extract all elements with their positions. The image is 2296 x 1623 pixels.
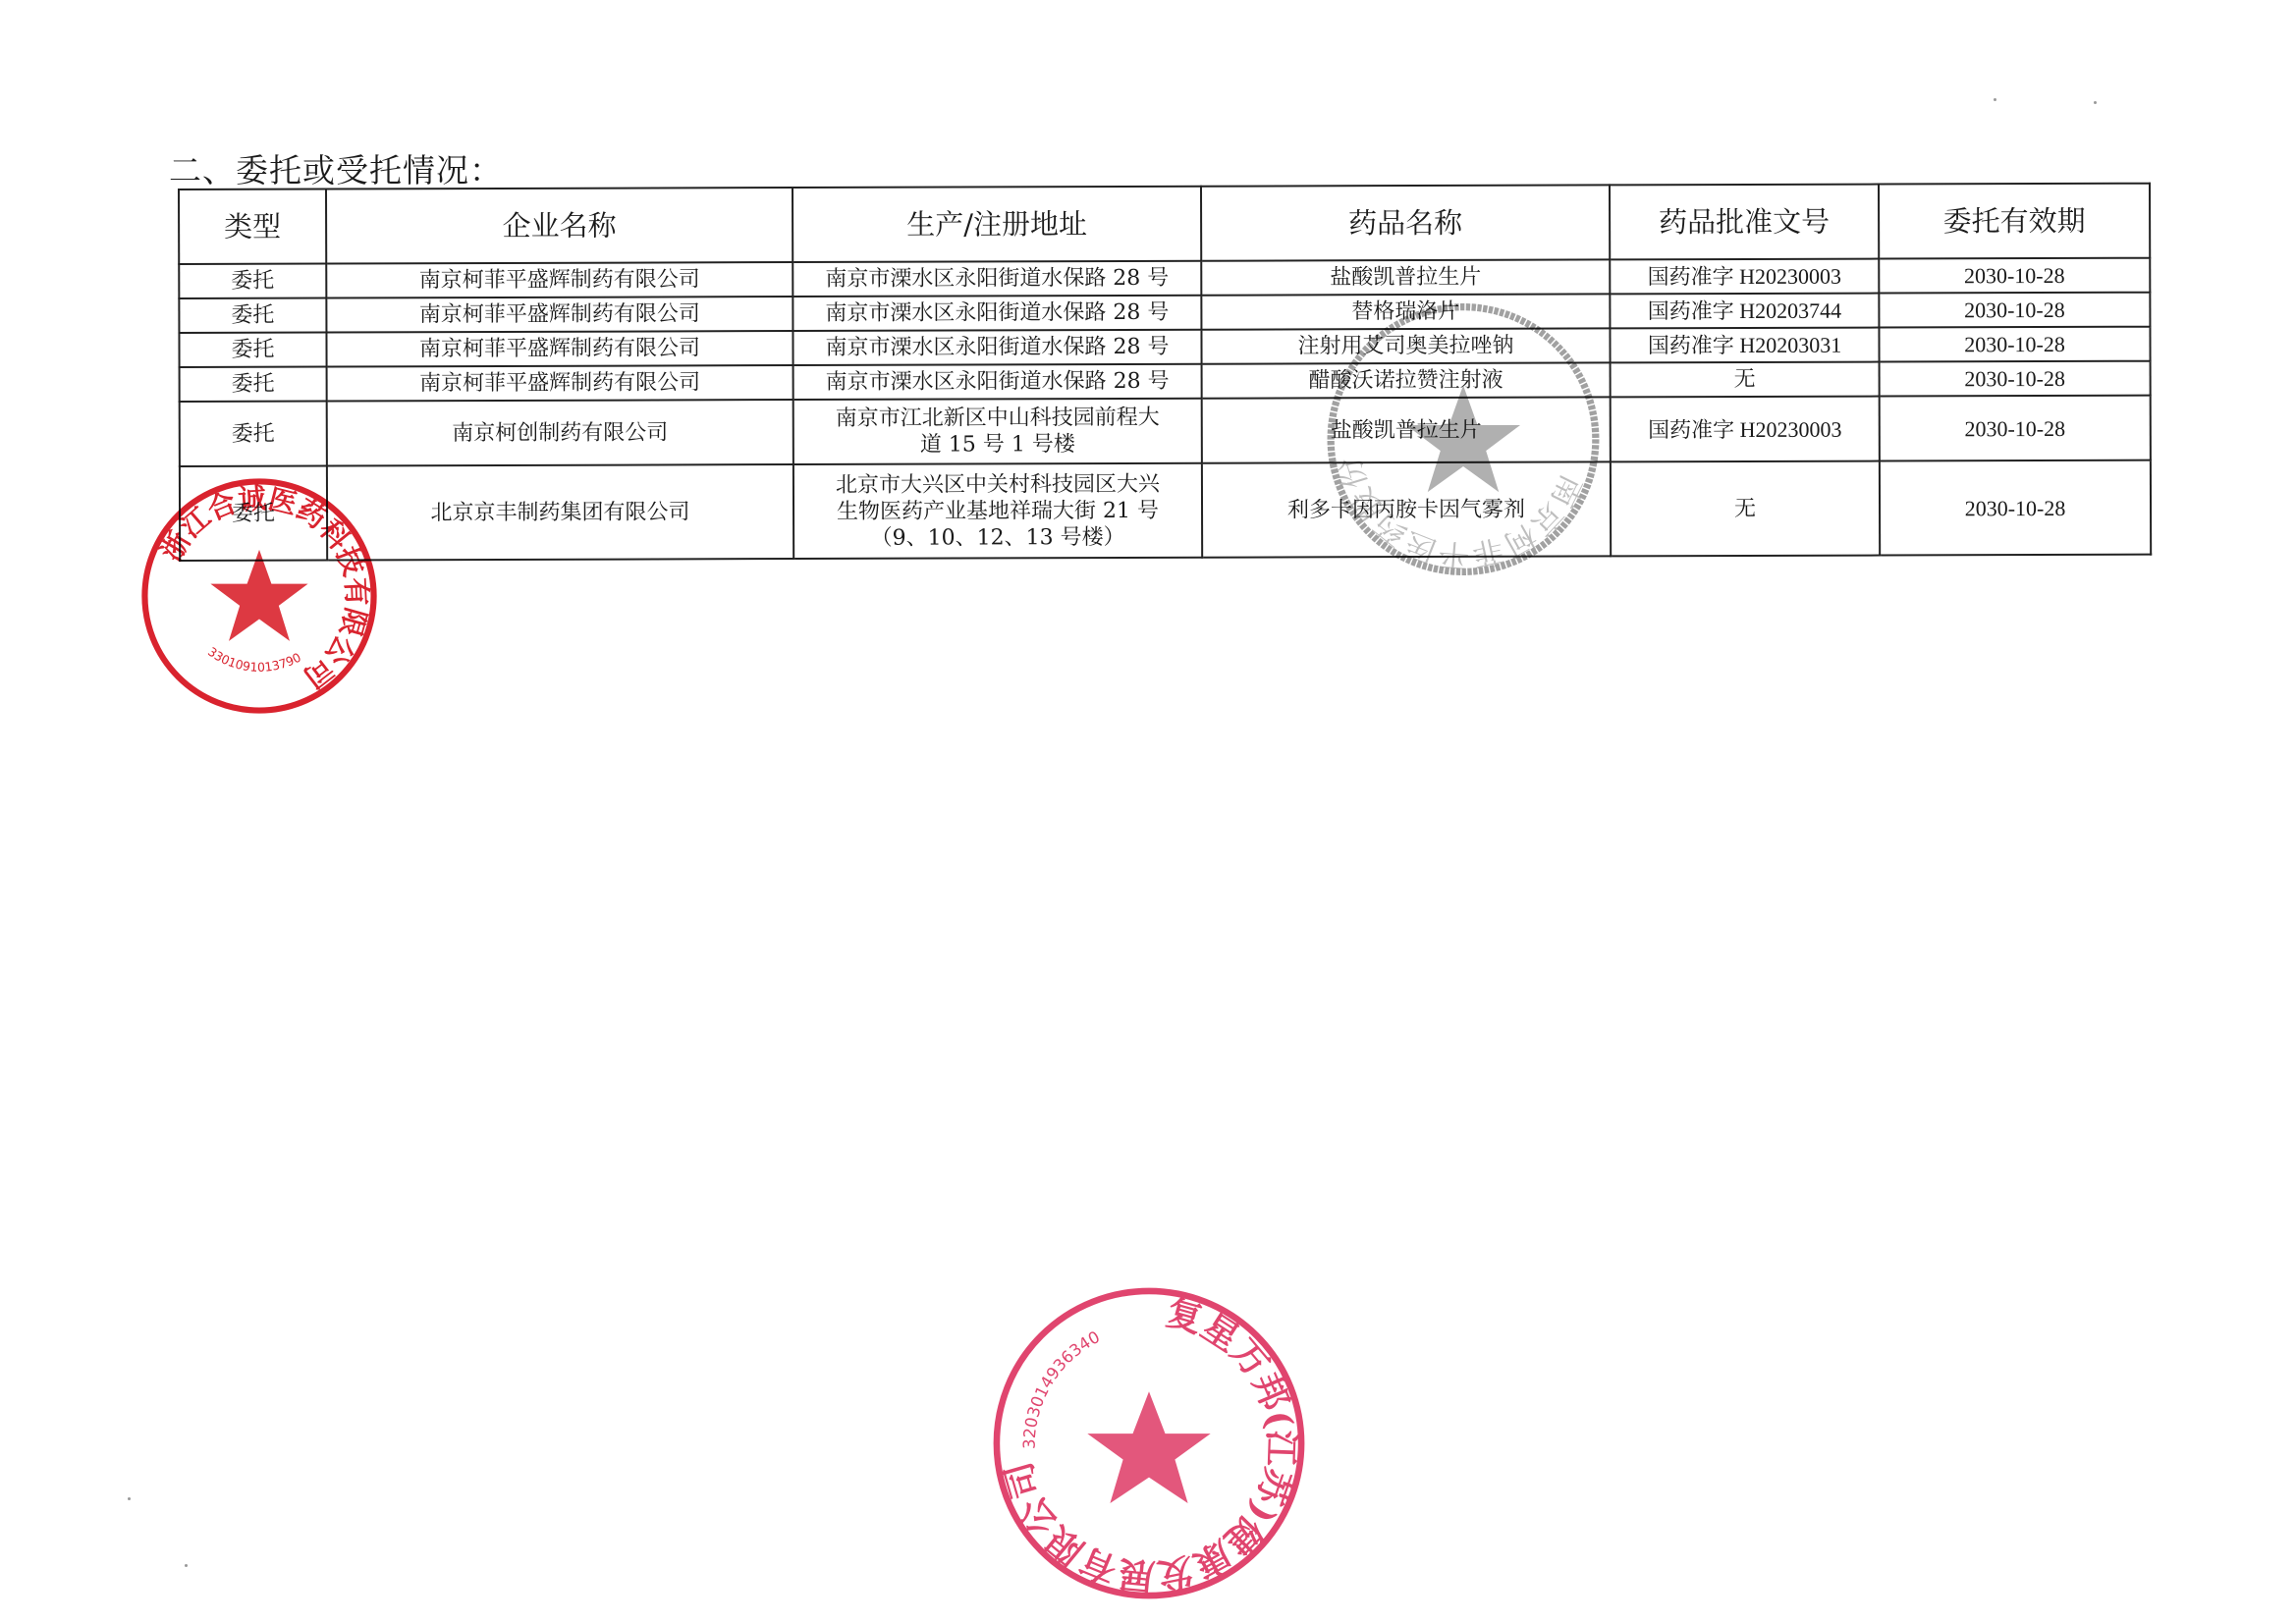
header-type: 类型 — [179, 189, 326, 264]
cell-drug: 注射用艾司奥美拉唑钠 — [1201, 328, 1610, 363]
table-header-row: 类型 企业名称 生产/注册地址 药品名称 药品批准文号 委托有效期 — [179, 184, 2150, 264]
seal-star-icon: 复星万邦(江苏)健康发展有限公司 3203014936340 — [987, 1281, 1311, 1605]
company-seal-pink: 复星万邦(江苏)健康发展有限公司 3203014936340 — [987, 1281, 1311, 1605]
svg-text:复星万邦(江苏)健康发展有限公司: 复星万邦(江苏)健康发展有限公司 — [997, 1291, 1303, 1597]
header-validity: 委托有效期 — [1879, 184, 2150, 259]
cell-type: 委托 — [180, 367, 327, 402]
cell-validity: 2030-10-28 — [1879, 258, 2150, 294]
svg-text:3203014936340: 3203014936340 — [1020, 1327, 1103, 1449]
cell-address: 北京市大兴区中关村科技园区大兴 生物医药产业基地祥瑞大街 21 号 （9、10、… — [793, 463, 1202, 559]
cell-drug: 利多卡因丙胺卡因气雾剂 — [1202, 461, 1611, 557]
cell-address: 南京市江北新区中山科技园前程大 道 15 号 1 号楼 — [793, 399, 1202, 464]
cell-type: 委托 — [179, 298, 326, 333]
address-line: （9、10、12、13 号楼） — [800, 523, 1195, 551]
address-line: 南京市江北新区中山科技园前程大 — [800, 405, 1195, 432]
cell-address: 南京市溧水区永阳街道水保路 28 号 — [793, 330, 1201, 365]
cell-approval: 国药准字 H20203744 — [1610, 294, 1879, 329]
header-drug-name: 药品名称 — [1201, 185, 1610, 260]
cell-company: 南京柯菲平盛辉制药有限公司 — [326, 297, 793, 332]
scan-speck — [185, 1564, 188, 1567]
cell-type: 委托 — [180, 402, 327, 466]
cell-approval: 国药准字 H20203031 — [1610, 328, 1879, 363]
address-line: 道 15 号 1 号楼 — [800, 431, 1195, 459]
cell-type: 委托 — [179, 264, 326, 298]
cell-address: 南京市溧水区永阳街道水保路 28 号 — [793, 364, 1202, 400]
cell-type: 委托 — [179, 333, 326, 367]
cell-approval: 国药准字 H20230003 — [1611, 397, 1880, 462]
cell-type: 委托 — [180, 466, 327, 561]
cell-company: 南京柯创制药有限公司 — [327, 400, 793, 465]
address-line: 生物医药产业基地祥瑞大街 21 号 — [800, 497, 1195, 524]
cell-drug: 盐酸凯普拉生片 — [1202, 397, 1611, 462]
table-row: 委托 北京京丰制药集团有限公司 北京市大兴区中关村科技园区大兴 生物医药产业基地… — [180, 460, 2151, 561]
cell-company: 南京柯菲平盛辉制药有限公司 — [326, 262, 793, 298]
entrustment-table: 类型 企业名称 生产/注册地址 药品名称 药品批准文号 委托有效期 委托 南京柯… — [178, 183, 2152, 562]
cell-company: 南京柯菲平盛辉制药有限公司 — [327, 365, 793, 401]
cell-drug: 替格瑞洛片 — [1201, 294, 1610, 329]
cell-company: 北京京丰制药集团有限公司 — [327, 464, 793, 560]
cell-address: 南京市溧水区永阳街道水保路 28 号 — [793, 261, 1201, 297]
svg-text:3301091013790: 3301091013790 — [205, 644, 303, 675]
address-line: 北京市大兴区中关村科技园区大兴 — [800, 470, 1195, 498]
table-row: 委托 南京柯创制药有限公司 南京市江北新区中山科技园前程大 道 15 号 1 号… — [180, 396, 2151, 466]
cell-validity: 2030-10-28 — [1879, 327, 2150, 362]
cell-approval: 无 — [1611, 461, 1880, 557]
cell-validity: 2030-10-28 — [1879, 293, 2150, 328]
scan-speck — [2094, 101, 2097, 104]
cell-drug: 醋酸沃诺拉赞注射液 — [1202, 362, 1611, 398]
cell-drug: 盐酸凯普拉生片 — [1201, 259, 1610, 295]
cell-company: 南京柯菲平盛辉制药有限公司 — [326, 331, 793, 366]
cell-validity: 2030-10-28 — [1880, 460, 2151, 556]
cell-address: 南京市溧水区永阳街道水保路 28 号 — [793, 296, 1201, 331]
cell-validity: 2030-10-28 — [1880, 361, 2151, 397]
header-company: 企业名称 — [326, 188, 793, 263]
header-approval-number: 药品批准文号 — [1610, 185, 1879, 260]
cell-approval: 国药准字 H20230003 — [1610, 259, 1879, 295]
header-address: 生产/注册地址 — [793, 187, 1201, 262]
cell-validity: 2030-10-28 — [1880, 396, 2151, 461]
scan-speck — [1994, 98, 1996, 101]
section-heading: 二、委托或受托情况： — [169, 145, 503, 191]
scan-speck — [128, 1497, 131, 1500]
cell-approval: 无 — [1611, 362, 1880, 398]
